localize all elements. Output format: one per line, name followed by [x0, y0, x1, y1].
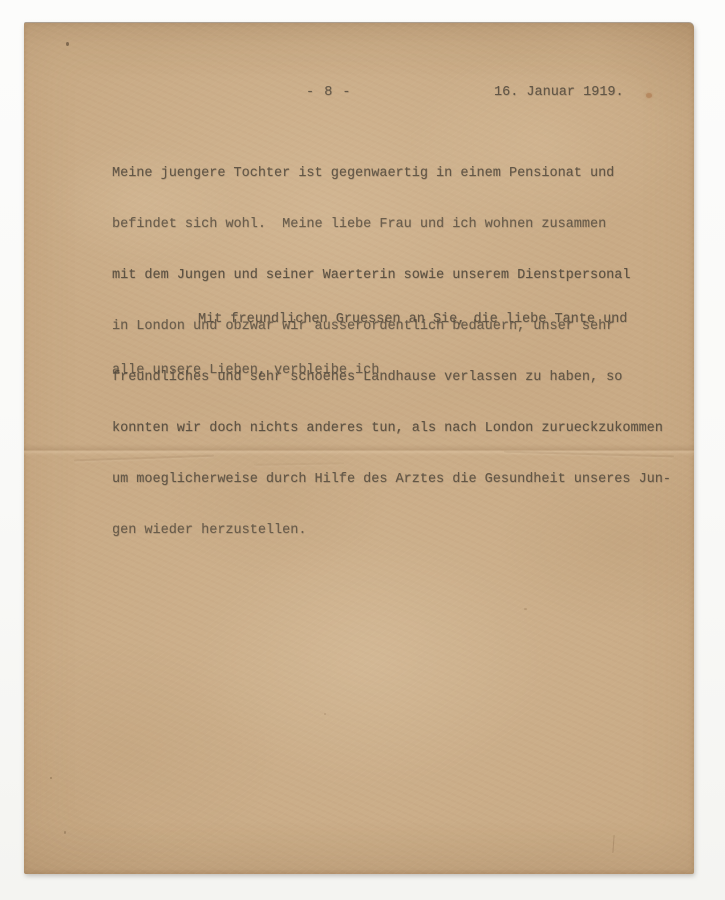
- letter-date: 16. Januar 1919.: [494, 84, 624, 101]
- letter-closing: Mit freundlichen Gruessen an Sie, die li…: [112, 277, 627, 413]
- letter-line: konnten wir doch nichts anderes tun, als…: [112, 420, 671, 437]
- scan-background: { "page": { "background_color": "#fafaf8…: [0, 0, 725, 900]
- paper-speck: [50, 777, 52, 779]
- paper-scratch: [612, 835, 614, 853]
- letter-page: - 8 - 16. Januar 1919. Meine juengere To…: [24, 23, 694, 874]
- page-number: - 8 -: [306, 84, 352, 101]
- letter-line: alle unsere Lieben, verbleibe ich: [112, 362, 627, 379]
- paper-speck: [324, 713, 326, 715]
- paper-speck: [64, 831, 66, 834]
- paper-speck: [524, 608, 527, 610]
- letter-line: Meine juengere Tochter ist gegenwaertig …: [112, 165, 671, 182]
- letter-line: gen wieder herzustellen.: [112, 522, 671, 539]
- ink-blot: [646, 93, 652, 98]
- paper-speck: [66, 42, 69, 46]
- letter-line: um moeglicherweise durch Hilfe des Arzte…: [112, 471, 671, 488]
- letter-line: befindet sich wohl. Meine liebe Frau und…: [112, 216, 671, 233]
- letter-line: Mit freundlichen Gruessen an Sie, die li…: [112, 311, 627, 328]
